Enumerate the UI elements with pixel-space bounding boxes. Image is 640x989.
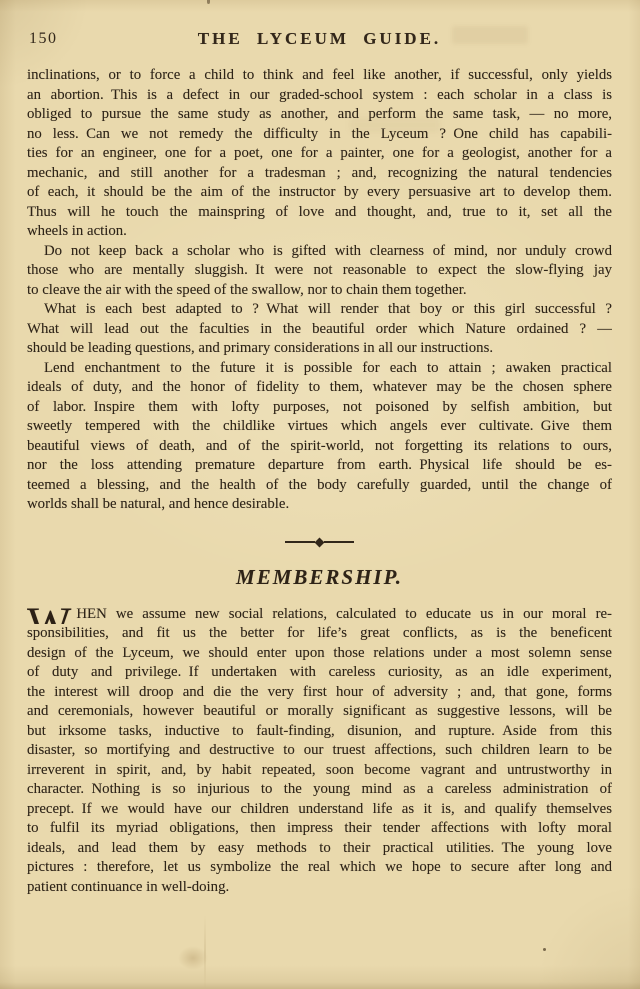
divider-rule-right (324, 541, 354, 543)
text-line-content: HEN we assume new social relations, calc… (76, 606, 612, 622)
page-fold-mark (204, 915, 206, 989)
paragraph: Lend enchantment to the future it is pos… (27, 359, 612, 515)
text-line: those who are mentally sluggish. It were… (27, 261, 612, 281)
text-line: disaster, so mortifying and destructive … (27, 741, 612, 761)
text-line: What will lead out the faculties in the … (27, 320, 612, 340)
edge-speck (207, 0, 210, 4)
text-line: teemed a blessing, and the health of the… (27, 476, 612, 496)
section-divider (283, 539, 357, 546)
text-line: character. Nothing is so injurious to th… (27, 780, 612, 800)
paragraph: Do not keep back a scholar who is gifted… (27, 242, 612, 301)
paragraph: WHEN we assume new social relations, cal… (27, 605, 612, 898)
section-title: MEMBERSHIP. (27, 564, 612, 591)
text-line: to fulfil its myriad obligations, then i… (27, 819, 612, 839)
text-line: sponsibilities, and fit us the better fo… (27, 624, 612, 644)
text-line: of duty and privilege. If undertaken wit… (27, 663, 612, 683)
text-line: Do not keep back a scholar who is gifted… (27, 242, 612, 262)
text-line: should be leading questions, and primary… (27, 339, 612, 359)
text-line: to cleave the air with the speed of the … (27, 281, 612, 301)
text-line: precept. If we would have our children u… (27, 800, 612, 820)
text-line: of each, it should be the aim of the ins… (27, 183, 612, 203)
article-text: inclinations, or to force a child to thi… (27, 66, 612, 515)
text-line: and ceremonials, however beautiful or mo… (27, 702, 612, 722)
text-line: Thus will he touch the mainspring of lov… (27, 203, 612, 223)
page-number: 150 (29, 30, 58, 48)
dropcap-letter: W (27, 606, 71, 625)
text-line: irreverent in spirit, and, by habit repe… (27, 761, 612, 781)
text-line: of labor. Inspire them with lofty purpos… (27, 398, 612, 418)
text-line: but irksome tasks, inductive to fault-fi… (27, 722, 612, 742)
text-line: an abortion. This is a defect in our gra… (27, 86, 612, 106)
text-line: sweetly tempered with the childlike virt… (27, 417, 612, 437)
page-show-through-smudge (350, 118, 440, 132)
text-line: Lend enchantment to the future it is pos… (27, 359, 612, 379)
text-line: patient continuance in well-doing. (27, 878, 612, 898)
text-line: inclinations, or to force a child to thi… (27, 66, 612, 86)
page-show-through-smudge (452, 26, 528, 44)
text-line: no less. Can we not remedy the difficult… (27, 125, 612, 145)
text-line: obliged to pursue the same study as anot… (27, 105, 612, 125)
text-line: ideals of duty, and the honor of fidelit… (27, 378, 612, 398)
text-line: design of the Lyceum, we should enter up… (27, 644, 612, 664)
text-line: WHEN we assume new social relations, cal… (27, 605, 612, 625)
text-line: pictures : therefore, let us symbolize t… (27, 858, 612, 878)
text-line: the interest will droop and die the very… (27, 683, 612, 703)
text-line: wheels in action. (27, 222, 612, 242)
section-text: WHEN we assume new social relations, cal… (27, 605, 612, 898)
text-line: What is each best adapted to ? What will… (27, 300, 612, 320)
text-line: worlds shall be natural, and hence desir… (27, 495, 612, 515)
text-line: beautiful views of death, and of the spi… (27, 437, 612, 457)
text-line: ties for an engineer, one for a poet, on… (27, 144, 612, 164)
scanned-book-page: 150 THE LYCEUM GUIDE. inclinations, or t… (0, 0, 640, 989)
diamond-icon (315, 537, 325, 547)
text-line: ideals, and lead them by easy methods to… (27, 839, 612, 859)
paragraph: inclinations, or to force a child to thi… (27, 66, 612, 242)
page-body: inclinations, or to force a child to thi… (27, 66, 612, 897)
divider-rule-left (285, 541, 315, 543)
ink-speck (543, 948, 546, 951)
text-line: nor the loss attending premature departu… (27, 456, 612, 476)
paragraph: What is each best adapted to ? What will… (27, 300, 612, 359)
text-line: mechanic, and still another for a trades… (27, 164, 612, 184)
